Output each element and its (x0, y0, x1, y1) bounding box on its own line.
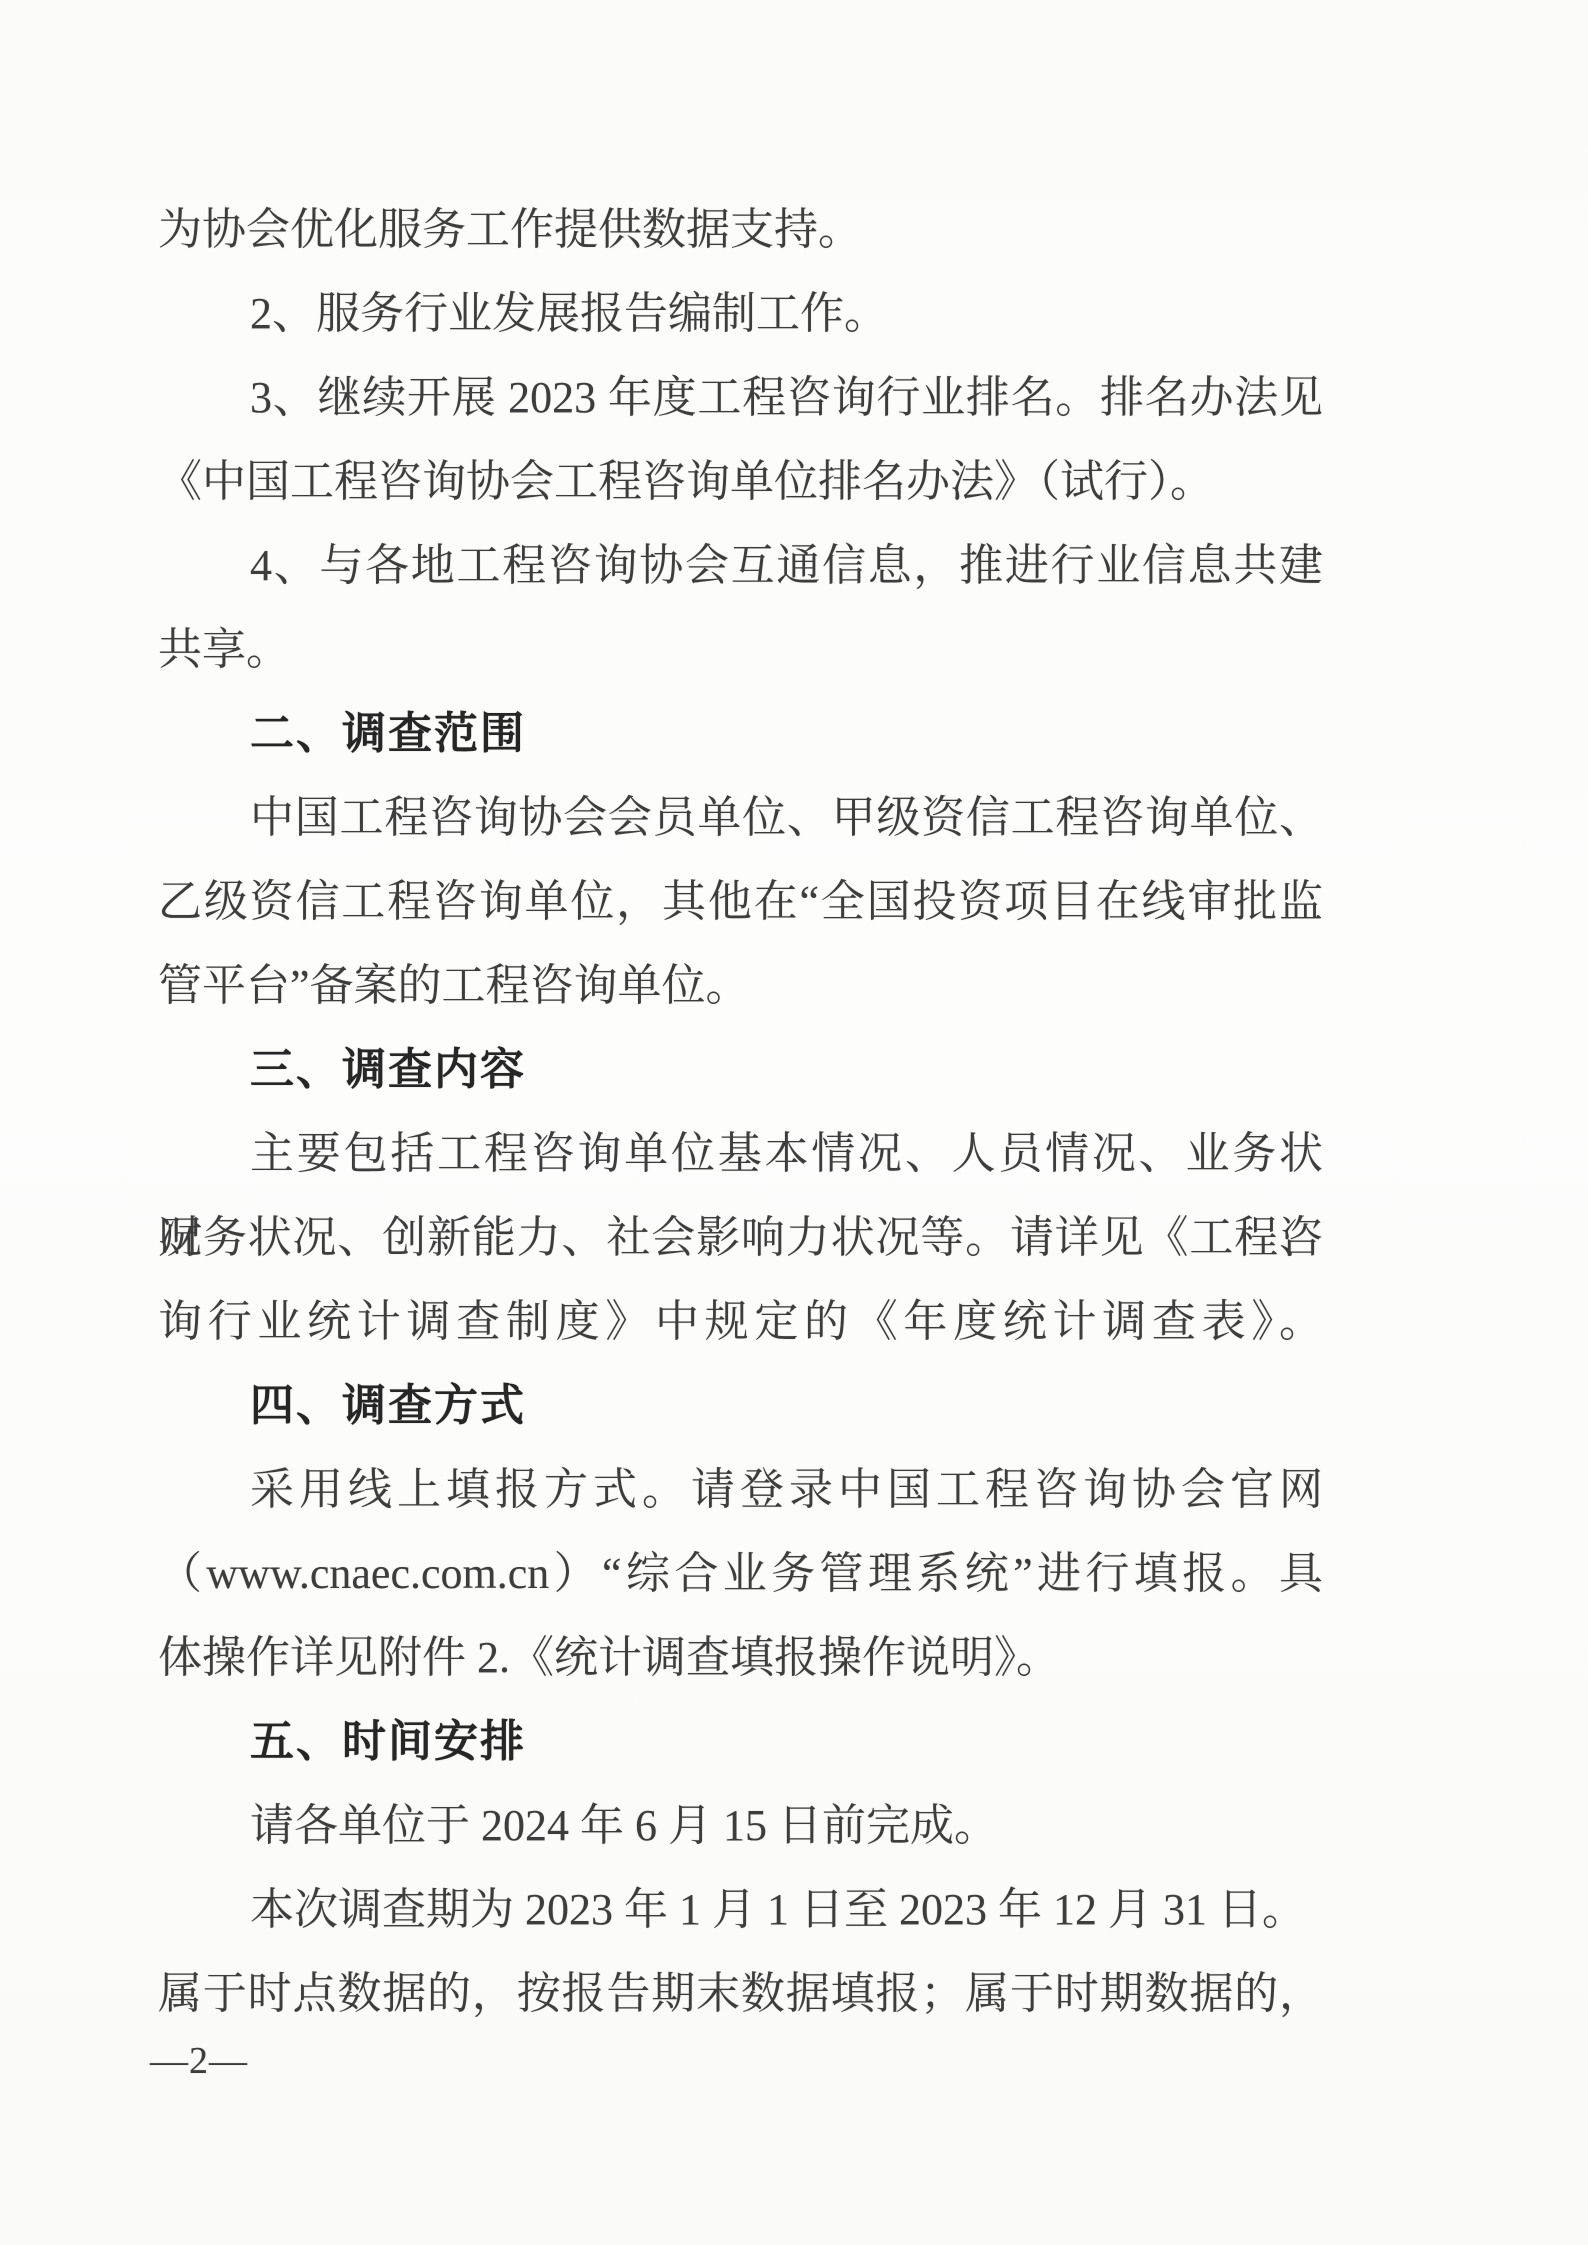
text-line: 请各单位于 2024 年 6 月 15 日前完成。 (158, 1784, 1323, 1868)
text-line: 属于时点数据的，按报告期末数据填报；属于时期数据的， (158, 1952, 1323, 2036)
text-line: 《中国工程咨询协会工程咨询单位排名办法》（试行）。 (158, 440, 1323, 524)
scanned-document-page: 为协会优化服务工作提供数据支持。2、服务行业发展报告编制工作。3、继续开展 20… (0, 0, 1588, 2245)
text-line: 财务状况、创新能力、社会影响力状况等。请详见《工程咨 (158, 1196, 1323, 1280)
text-line: （www.cnaec.com.cn）“综合业务管理系统”进行填报。具 (158, 1532, 1323, 1616)
text-line: 为协会优化服务工作提供数据支持。 (158, 188, 1323, 272)
text-line: 4、与各地工程咨询协会互通信息，推进行业信息共建 (158, 524, 1323, 608)
text-line: 本次调查期为 2023 年 1 月 1 日至 2023 年 12 月 31 日。 (158, 1868, 1323, 1952)
text-line: 管平台”备案的工程咨询单位。 (158, 944, 1323, 1028)
text-line: 共享。 (158, 608, 1323, 692)
section-heading: 二、调查范围 (158, 692, 1323, 776)
page-number: —2— (150, 2038, 248, 2084)
text-line: 3、继续开展 2023 年度工程咨询行业排名。排名办法见 (158, 356, 1323, 440)
text-line: 体操作详见附件 2.《统计调查填报操作说明》。 (158, 1616, 1323, 1700)
section-heading: 五、时间安排 (158, 1700, 1323, 1784)
section-heading: 三、调查内容 (158, 1028, 1323, 1112)
text-line: 询行业统计调查制度》中规定的《年度统计调查表》。 (158, 1280, 1323, 1364)
text-line: 2、服务行业发展报告编制工作。 (158, 272, 1323, 356)
text-line: 采用线上填报方式。请登录中国工程咨询协会官网 (158, 1448, 1323, 1532)
section-heading: 四、调查方式 (158, 1364, 1323, 1448)
text-line: 乙级资信工程咨询单位，其他在“全国投资项目在线审批监 (158, 860, 1323, 944)
text-line: 中国工程咨询协会会员单位、甲级资信工程咨询单位、 (158, 776, 1323, 860)
text-line: 主要包括工程咨询单位基本情况、人员情况、业务状况、 (158, 1112, 1323, 1196)
document-body: 为协会优化服务工作提供数据支持。2、服务行业发展报告编制工作。3、继续开展 20… (158, 188, 1323, 2036)
